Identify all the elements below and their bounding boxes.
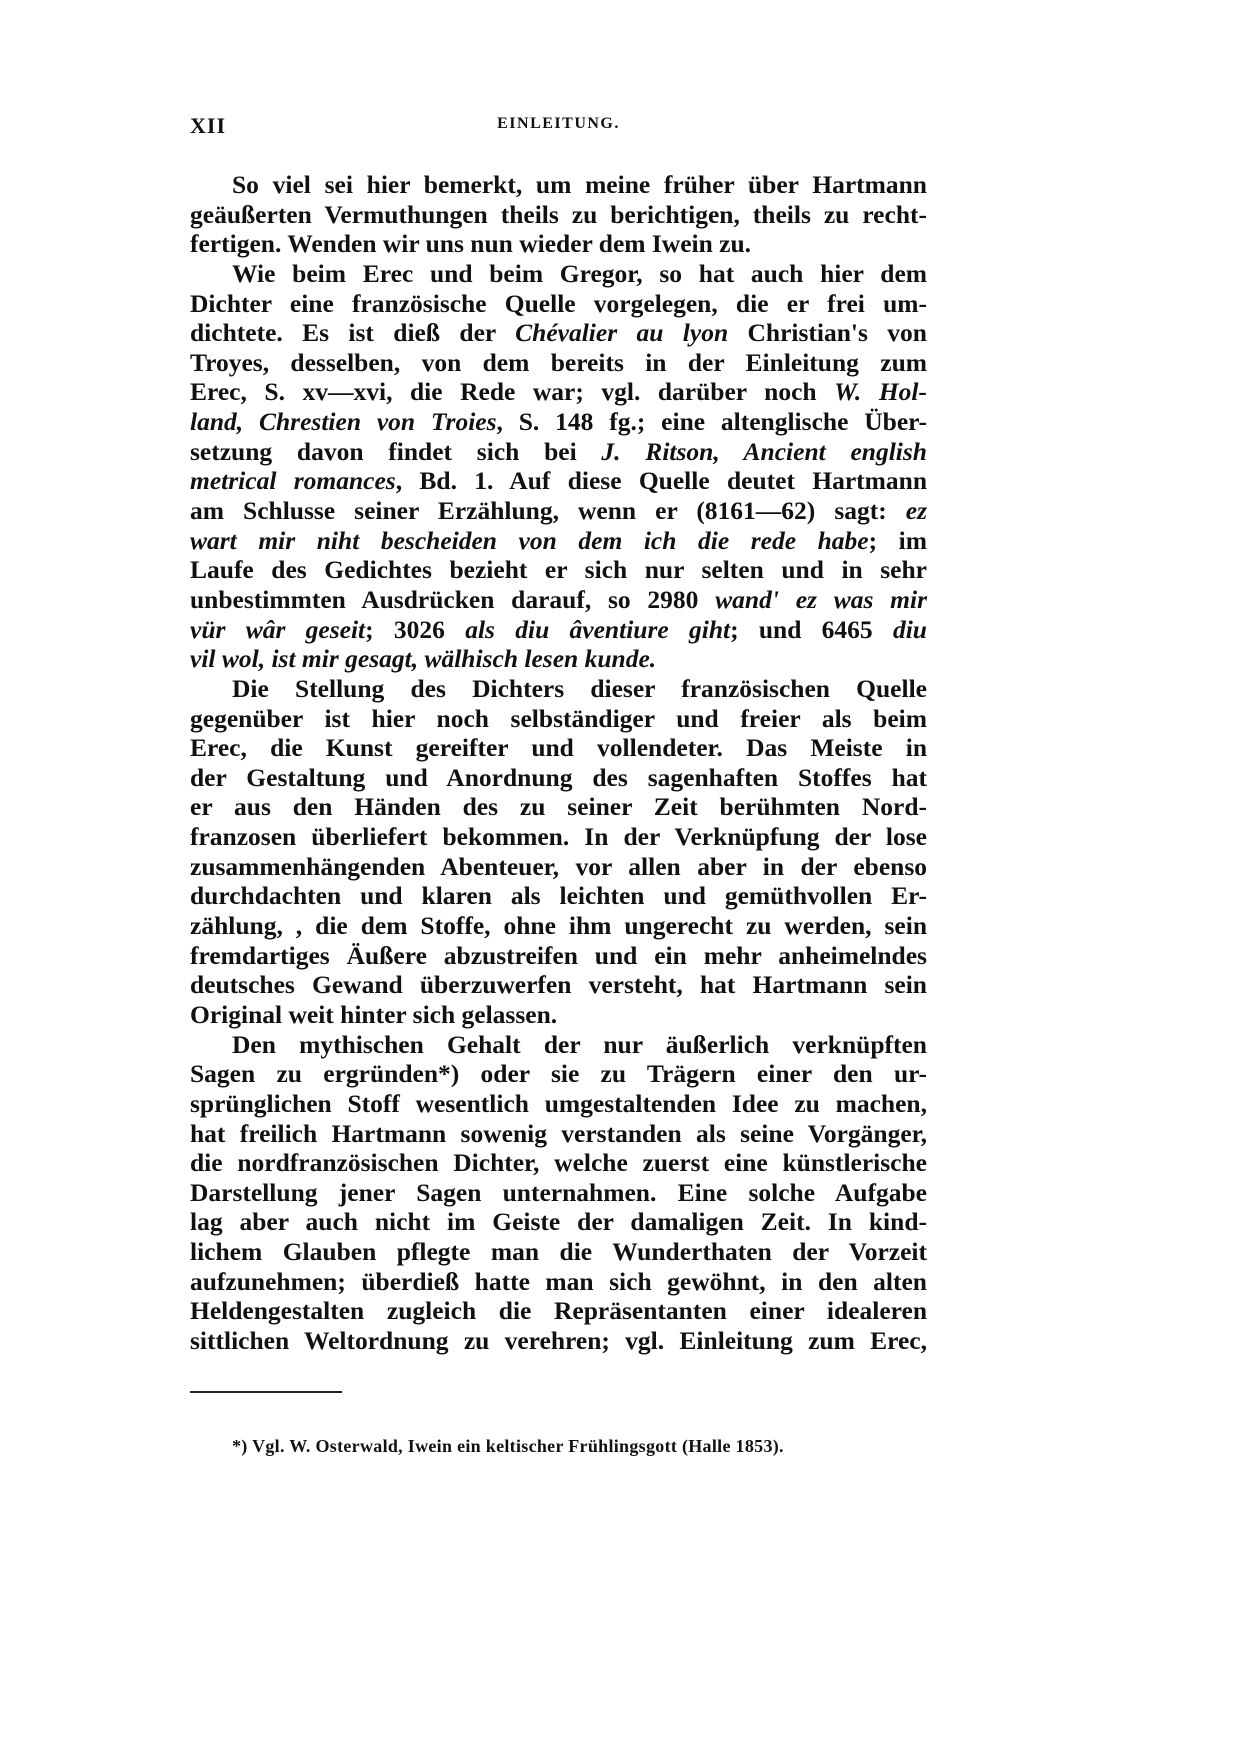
text-line: lichem Glauben pflegte man die Wundertha… [190,1237,927,1267]
text-run: durchdachten und klaren als leichten und… [190,881,927,910]
text-run: ; im [869,526,927,555]
text-run: Erec, S. xv—xvi, die Rede war; vgl. darü… [190,377,834,406]
text-run: Darstellung jener Sagen unternahmen. Ein… [190,1178,927,1207]
text-line: Den mythischen Gehalt der nur äußerlich … [190,1030,927,1060]
paragraph: So viel sei hier bemerkt, um meine frühe… [190,170,927,259]
italic-text: wand' ez was mir [715,585,927,614]
text-run: der Gestaltung und Anordnung des sagenha… [190,763,927,792]
text-run: Original weit hinter sich gelassen. [190,1000,557,1029]
italic-text: W. Hol- [834,377,927,406]
italic-text: metrical romances [190,466,396,495]
text-line: aufzunehmen; überdieß hatte man sich gew… [190,1267,927,1297]
italic-text: wart mir niht bescheiden von dem ich die… [190,526,869,555]
text-line: franzosen überliefert bekommen. In der V… [190,822,927,852]
text-line: vil wol, ist mir gesagt, wälhisch lesen … [190,644,927,674]
text-run: Dichter eine französische Quelle vorgele… [190,289,927,318]
text-line: Sagen zu ergründen*) oder sie zu Trägern… [190,1059,927,1089]
page-header: XII EINLEITUNG. [190,113,927,143]
paragraph: Den mythischen Gehalt der nur äußerlich … [190,1030,927,1356]
italic-text: Chévalier au lyon [515,318,728,347]
text-line: metrical romances, Bd. 1. Auf diese Quel… [190,466,927,496]
text-run: gegenüber ist hier noch selbständiger un… [190,704,927,733]
text-run: ; 3026 [365,615,465,644]
text-line: Troyes, desselben, von dem bereits in de… [190,348,927,378]
text-line: setzung davon findet sich bei J. Ritson,… [190,437,927,467]
running-head: EINLEITUNG. [190,115,927,133]
text-run: er aus den Händen des zu seiner Zeit ber… [190,792,927,821]
text-run: am Schlusse seiner Erzählung, wenn er (8… [190,496,906,525]
text-line: sittlichen Weltordnung zu verehren; vgl.… [190,1326,927,1356]
text-run: setzung davon findet sich bei [190,437,601,466]
italic-text: vil wol, ist mir gesagt, wälhisch lesen … [190,644,656,673]
text-run: Die Stellung des Dichters dieser französ… [232,674,927,703]
text-run: die nordfranzösischen Dichter, welche zu… [190,1148,927,1177]
text-line: fremdartiges Äußere abzustreifen und ein… [190,941,927,971]
text-line: wart mir niht bescheiden von dem ich die… [190,526,927,556]
text-line: der Gestaltung und Anordnung des sagenha… [190,763,927,793]
text-run: deutsches Gewand überzuwerfen versteht, … [190,970,927,999]
text-run: dichtete. Es ist dieß der [190,318,515,347]
text-line: Erec, S. xv—xvi, die Rede war; vgl. darü… [190,377,927,407]
text-run: sittlichen Weltordnung zu verehren; vgl.… [190,1326,927,1355]
text-line: unbestimmten Ausdrücken darauf, so 2980 … [190,585,927,615]
text-run: lag aber auch nicht im Geiste der damali… [190,1207,927,1236]
text-run: Wie beim Erec und beim Gregor, so hat au… [232,259,927,288]
italic-text: diu [893,615,927,644]
footnote: *) Vgl. W. Osterwald, Iwein ein keltisch… [232,1436,932,1457]
italic-text: als diu âventiure giht [465,615,730,644]
text-line: am Schlusse seiner Erzählung, wenn er (8… [190,496,927,526]
text-run: Troyes, desselben, von dem bereits in de… [190,348,927,377]
text-run: Den mythischen Gehalt der nur äußerlich … [232,1030,927,1059]
text-run: , S. 148 fg.; eine altenglische Über- [497,407,927,436]
text-run: ; und 6465 [730,615,893,644]
text-run: Sagen zu ergründen*) oder sie zu Trägern… [190,1059,927,1088]
text-line: dichtete. Es ist dieß der Chévalier au l… [190,318,927,348]
book-page: XII EINLEITUNG. So viel sei hier bemerkt… [0,0,1241,1754]
text-line: fertigen. Wenden wir uns nun wieder dem … [190,229,927,259]
text-run: , Bd. 1. Auf diese Quelle deutet Hartman… [396,466,927,495]
text-line: zusammenhängenden Abenteuer, vor allen a… [190,852,927,882]
text-line: sprünglichen Stoff wesentlich umgestalte… [190,1089,927,1119]
text-run: fertigen. Wenden wir uns nun wieder dem … [190,229,751,258]
text-line: Die Stellung des Dichters dieser französ… [190,674,927,704]
text-line: Wie beim Erec und beim Gregor, so hat au… [190,259,927,289]
text-line: Erec, die Kunst gereifter und vollendete… [190,733,927,763]
text-line: hat freilich Hartmann sowenig verstanden… [190,1119,927,1149]
text-run: sprünglichen Stoff wesentlich umgestalte… [190,1089,927,1118]
text-run: Christian's von [728,318,927,347]
text-line: vür wâr geseit; 3026 als diu âventiure g… [190,615,927,645]
text-line: So viel sei hier bemerkt, um meine frühe… [190,170,927,200]
paragraph: Wie beim Erec und beim Gregor, so hat au… [190,259,927,674]
footnote-separator [190,1391,342,1393]
text-line: land, Chrestien von Troies, S. 148 fg.; … [190,407,927,437]
text-line: Darstellung jener Sagen unternahmen. Ein… [190,1178,927,1208]
text-line: lag aber auch nicht im Geiste der damali… [190,1207,927,1237]
text-run: hat freilich Hartmann sowenig verstanden… [190,1119,927,1148]
text-line: Dichter eine französische Quelle vorgele… [190,289,927,319]
italic-text: ez [906,496,927,525]
text-line: durchdachten und klaren als leichten und… [190,881,927,911]
text-line: geäußerten Vermuthungen theils zu berich… [190,200,927,230]
italic-text: J. Ritson, Ancient english [601,437,927,466]
text-run: Erec, die Kunst gereifter und vollendete… [190,733,927,762]
text-run: So viel sei hier bemerkt, um meine frühe… [232,170,927,199]
text-run: zusammenhängenden Abenteuer, vor allen a… [190,852,927,881]
text-run: franzosen überliefert bekommen. In der V… [190,822,927,851]
text-line: zählung, , die dem Stoffe, ohne ihm unge… [190,911,927,941]
text-line: die nordfranzösischen Dichter, welche zu… [190,1148,927,1178]
paragraph: Die Stellung des Dichters dieser französ… [190,674,927,1030]
text-run: zählung, , die dem Stoffe, ohne ihm unge… [190,911,927,940]
text-run: Laufe des Gedichtes bezieht er sich nur … [190,555,927,584]
text-run: Heldengestalten zugleich die Repräsentan… [190,1296,927,1325]
italic-text: vür wâr geseit [190,615,365,644]
text-run: fremdartiges Äußere abzustreifen und ein… [190,941,927,970]
text-line: Original weit hinter sich gelassen. [190,1000,927,1030]
text-line: Laufe des Gedichtes bezieht er sich nur … [190,555,927,585]
text-line: deutsches Gewand überzuwerfen versteht, … [190,970,927,1000]
text-line: gegenüber ist hier noch selbständiger un… [190,704,927,734]
text-run: aufzunehmen; überdieß hatte man sich gew… [190,1267,927,1296]
text-line: Heldengestalten zugleich die Repräsentan… [190,1296,927,1326]
text-line: er aus den Händen des zu seiner Zeit ber… [190,792,927,822]
italic-text: land, Chrestien von Troies [190,407,497,436]
text-run: lichem Glauben pflegte man die Wundertha… [190,1237,927,1266]
text-run: unbestimmten Ausdrücken darauf, so 2980 [190,585,715,614]
body-text: So viel sei hier bemerkt, um meine frühe… [190,170,927,1356]
text-run: geäußerten Vermuthungen theils zu berich… [190,200,927,229]
